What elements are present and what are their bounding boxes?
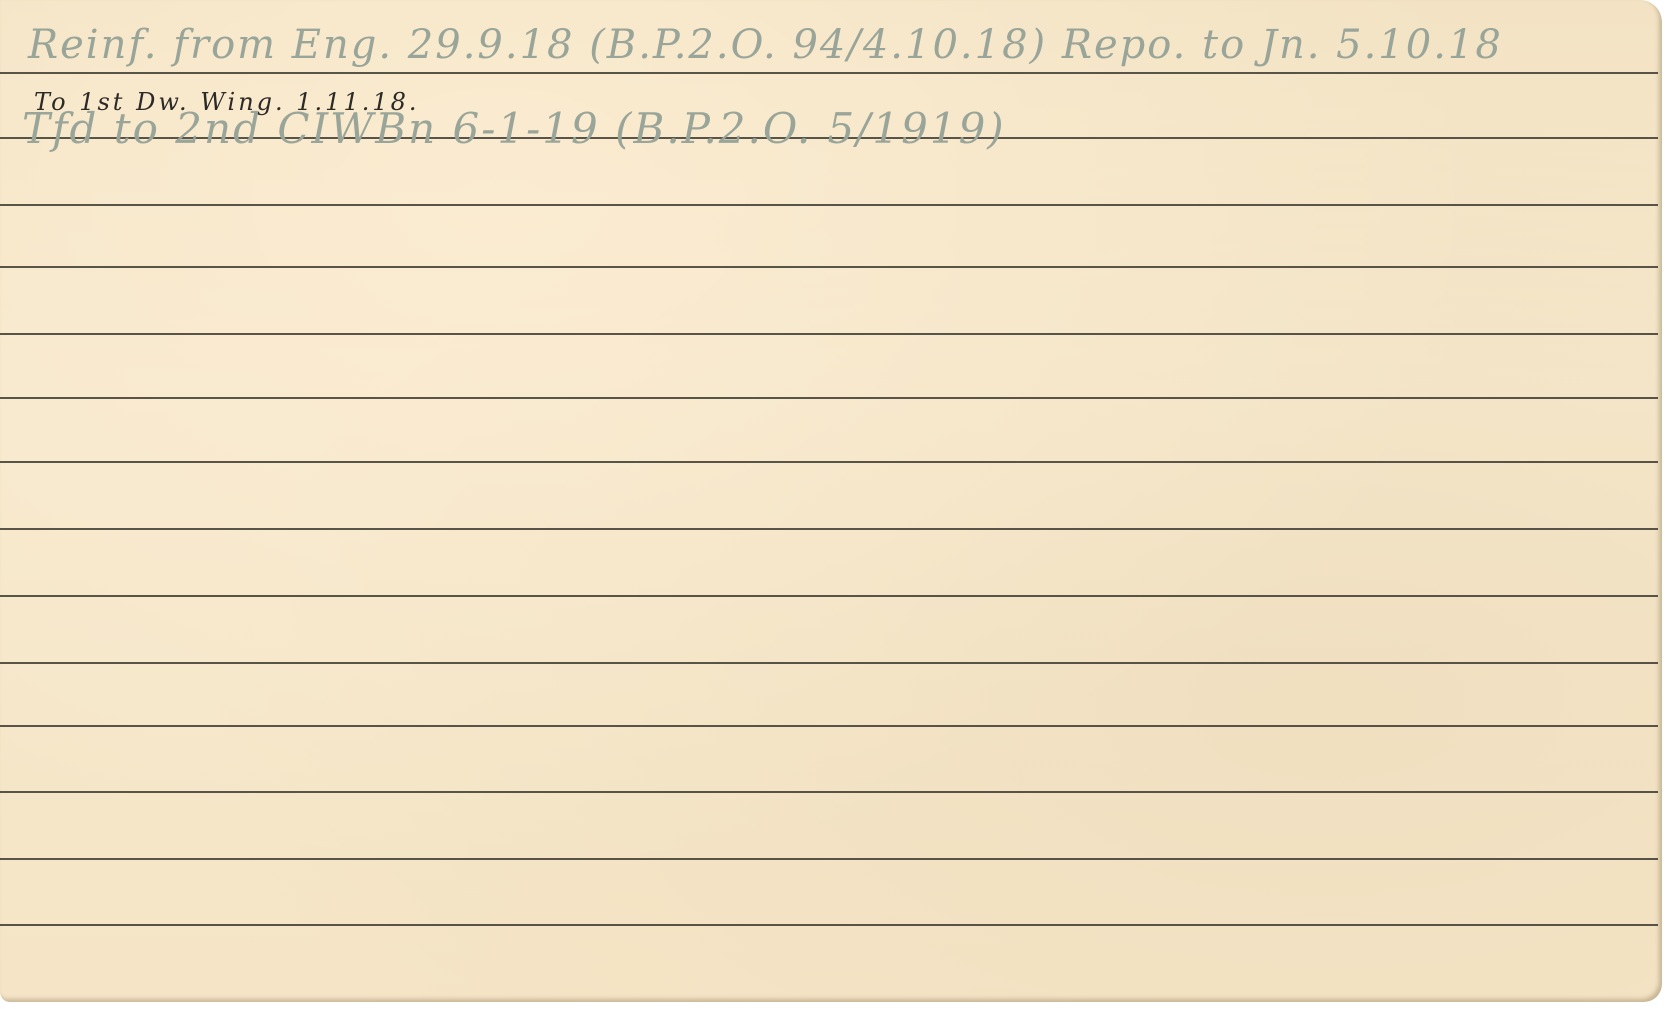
ruled-line (0, 528, 1658, 530)
ruled-line (0, 662, 1658, 664)
ruled-line (0, 461, 1658, 463)
index-card: Reinf. from Eng. 29.9.18 (B.P.2.O. 94/4.… (0, 0, 1662, 1002)
ruled-line (0, 397, 1658, 399)
ruled-line (0, 333, 1658, 335)
ruled-line (0, 791, 1658, 793)
handwritten-entry-reinforcement: Reinf. from Eng. 29.9.18 (B.P.2.O. 94/4.… (28, 22, 1503, 68)
ruled-line (0, 204, 1658, 206)
ruled-line (0, 595, 1658, 597)
ruled-line (0, 725, 1658, 727)
handwritten-entry-transfer: Tfd to 2nd CIWBn 6-1-19 (B.P.2.O. 5/1919… (22, 104, 1006, 153)
ruled-line (0, 72, 1658, 74)
ruled-line (0, 924, 1658, 926)
ruled-line (0, 858, 1658, 860)
ruled-line (0, 266, 1658, 268)
